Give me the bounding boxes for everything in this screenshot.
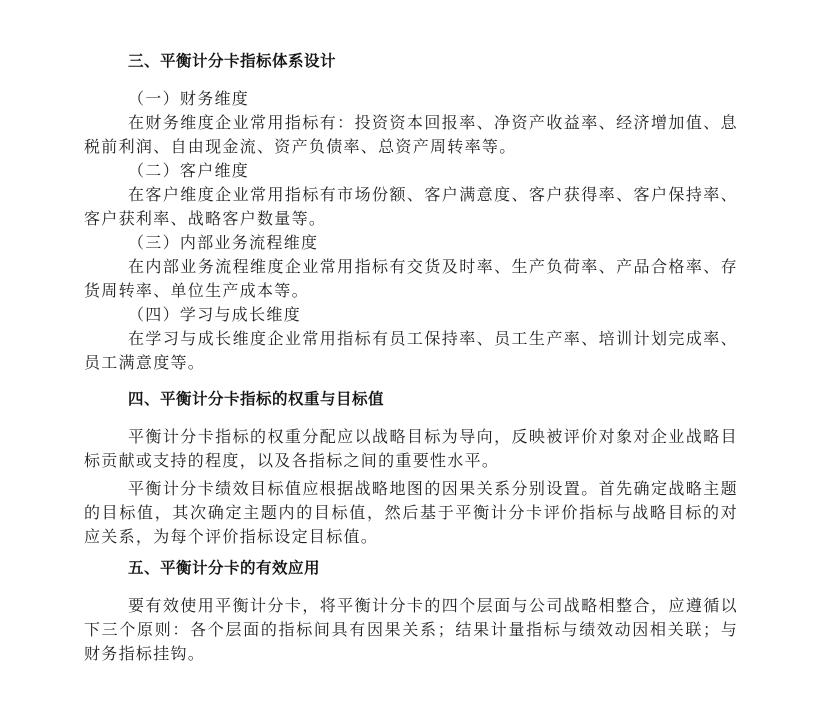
body-paragraph: 在客户维度企业常用指标有市场份额、客户满意度、客户获得率、客户保持率、客户获利率…	[84, 184, 738, 232]
body-paragraph: 在内部业务流程维度企业常用指标有交货及时率、生产负荷率、产品合格率、存货周转率、…	[84, 256, 738, 304]
subsection-title: （三）内部业务流程维度	[84, 232, 738, 256]
body-paragraph: 在学习与成长维度企业常用指标有员工保持率、员工生产率、培训计划完成率、员工满意度…	[84, 328, 738, 376]
section-weights-and-targets: 四、平衡计分卡指标的权重与目标值 平衡计分卡指标的权重分配应以战略目标为导向，反…	[84, 390, 738, 550]
subsection-title: （四）学习与成长维度	[84, 304, 738, 328]
body-paragraph: 要有效使用平衡计分卡，将平衡计分卡的四个层面与公司战略相整合，应遵循以下三个原则…	[84, 595, 738, 667]
section-heading: 三、平衡计分卡指标体系设计	[84, 52, 738, 72]
document-content: 三、平衡计分卡指标体系设计 （一）财务维度 在财务维度企业常用指标有：投资资本回…	[84, 52, 738, 667]
body-paragraph: 平衡计分卡指标的权重分配应以战略目标为导向，反映被评价对象对企业战略目标贡献或支…	[84, 426, 738, 474]
body-paragraph: 在财务维度企业常用指标有：投资资本回报率、净资产收益率、经济增加值、息税前利润、…	[84, 112, 738, 160]
section-heading: 五、平衡计分卡的有效应用	[84, 559, 738, 579]
section-heading: 四、平衡计分卡指标的权重与目标值	[84, 390, 738, 410]
document-page: 三、平衡计分卡指标体系设计 （一）财务维度 在财务维度企业常用指标有：投资资本回…	[0, 0, 818, 711]
section-bsc-indicator-system: 三、平衡计分卡指标体系设计 （一）财务维度 在财务维度企业常用指标有：投资资本回…	[84, 52, 738, 376]
section-effective-application: 五、平衡计分卡的有效应用 要有效使用平衡计分卡，将平衡计分卡的四个层面与公司战略…	[84, 559, 738, 667]
body-paragraph: 平衡计分卡绩效目标值应根据战略地图的因果关系分别设置。首先确定战略主题的目标值，…	[84, 478, 738, 550]
subsection-title: （二）客户维度	[84, 160, 738, 184]
subsection-title: （一）财务维度	[84, 88, 738, 112]
